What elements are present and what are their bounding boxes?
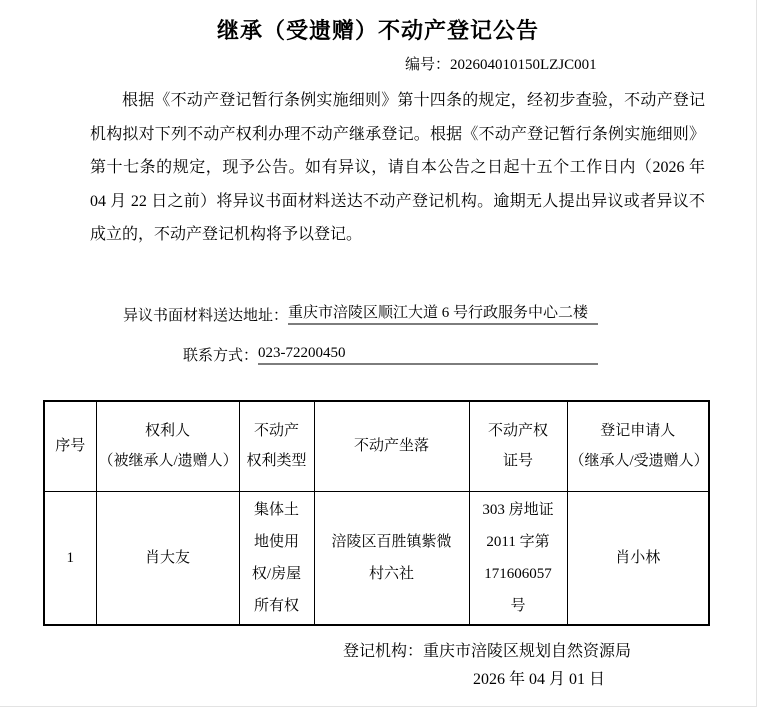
serial-number-line: 编号：202604010150LZJC001 — [405, 53, 597, 74]
objection-address-value: 重庆市涪陵区顺江大道 6 号行政服务中心二楼 — [288, 301, 598, 325]
cell-location: 涪陵区百胜镇紫微 村六社 — [314, 491, 469, 625]
notice-body-paragraph: 根据《不动产登记暂行条例实施细则》第十四条的规定，经初步查验，不动产登记机构拟对… — [90, 84, 705, 252]
contact-line: 联系方式：023-72200450 — [183, 344, 598, 365]
header-row: 序号 权利人 （被继承人/遗赠人） 不动产 权利类型 不动产坐落 不动产权 证号… — [44, 401, 709, 491]
notice-date: 2026 年 04 月 01 日 — [473, 666, 605, 689]
serial-value: 202604010150LZJC001 — [450, 57, 597, 73]
header-serial: 序号 — [44, 401, 96, 491]
header-certificate-no: 不动产权 证号 — [469, 401, 567, 491]
cell-serial: 1 — [44, 491, 96, 625]
header-location: 不动产坐落 — [314, 401, 469, 491]
registration-table-body: 1 肖大友 集体土 地使用 权/房屋 所有权 涪陵区百胜镇紫微 村六社 303 … — [44, 491, 709, 625]
table-row: 1 肖大友 集体土 地使用 权/房屋 所有权 涪陵区百胜镇紫微 村六社 303 … — [44, 491, 709, 625]
contact-label: 联系方式： — [183, 348, 258, 364]
cell-right-type: 集体土 地使用 权/房屋 所有权 — [239, 491, 314, 625]
cell-applicant: 肖小林 — [567, 491, 709, 625]
header-rights-holder: 权利人 （被继承人/遗赠人） — [96, 401, 239, 491]
registration-authority: 登记机构：重庆市涪陵区规划自然资源局 — [343, 638, 631, 661]
document-page: 继承（受遗赠）不动产登记公告 编号：202604010150LZJC001 根据… — [0, 0, 757, 707]
objection-address-label: 异议书面材料送达地址： — [123, 308, 288, 324]
cell-rights-holder: 肖大友 — [96, 491, 239, 625]
header-right-type: 不动产 权利类型 — [239, 401, 314, 491]
cell-certificate-no: 303 房地证 2011 字第 171606057 号 — [469, 491, 567, 625]
contact-value: 023-72200450 — [258, 345, 598, 365]
serial-label: 编号： — [405, 57, 450, 73]
header-applicant: 登记申请人 （继承人/受遗赠人） — [567, 401, 709, 491]
objection-address-line: 异议书面材料送达地址：重庆市涪陵区顺江大道 6 号行政服务中心二楼 — [123, 301, 598, 325]
registration-table-header: 序号 权利人 （被继承人/遗赠人） 不动产 权利类型 不动产坐落 不动产权 证号… — [44, 401, 709, 491]
page-title: 继承（受遗赠）不动产登记公告 — [0, 14, 756, 45]
registration-table: 序号 权利人 （被继承人/遗赠人） 不动产 权利类型 不动产坐落 不动产权 证号… — [43, 400, 710, 626]
